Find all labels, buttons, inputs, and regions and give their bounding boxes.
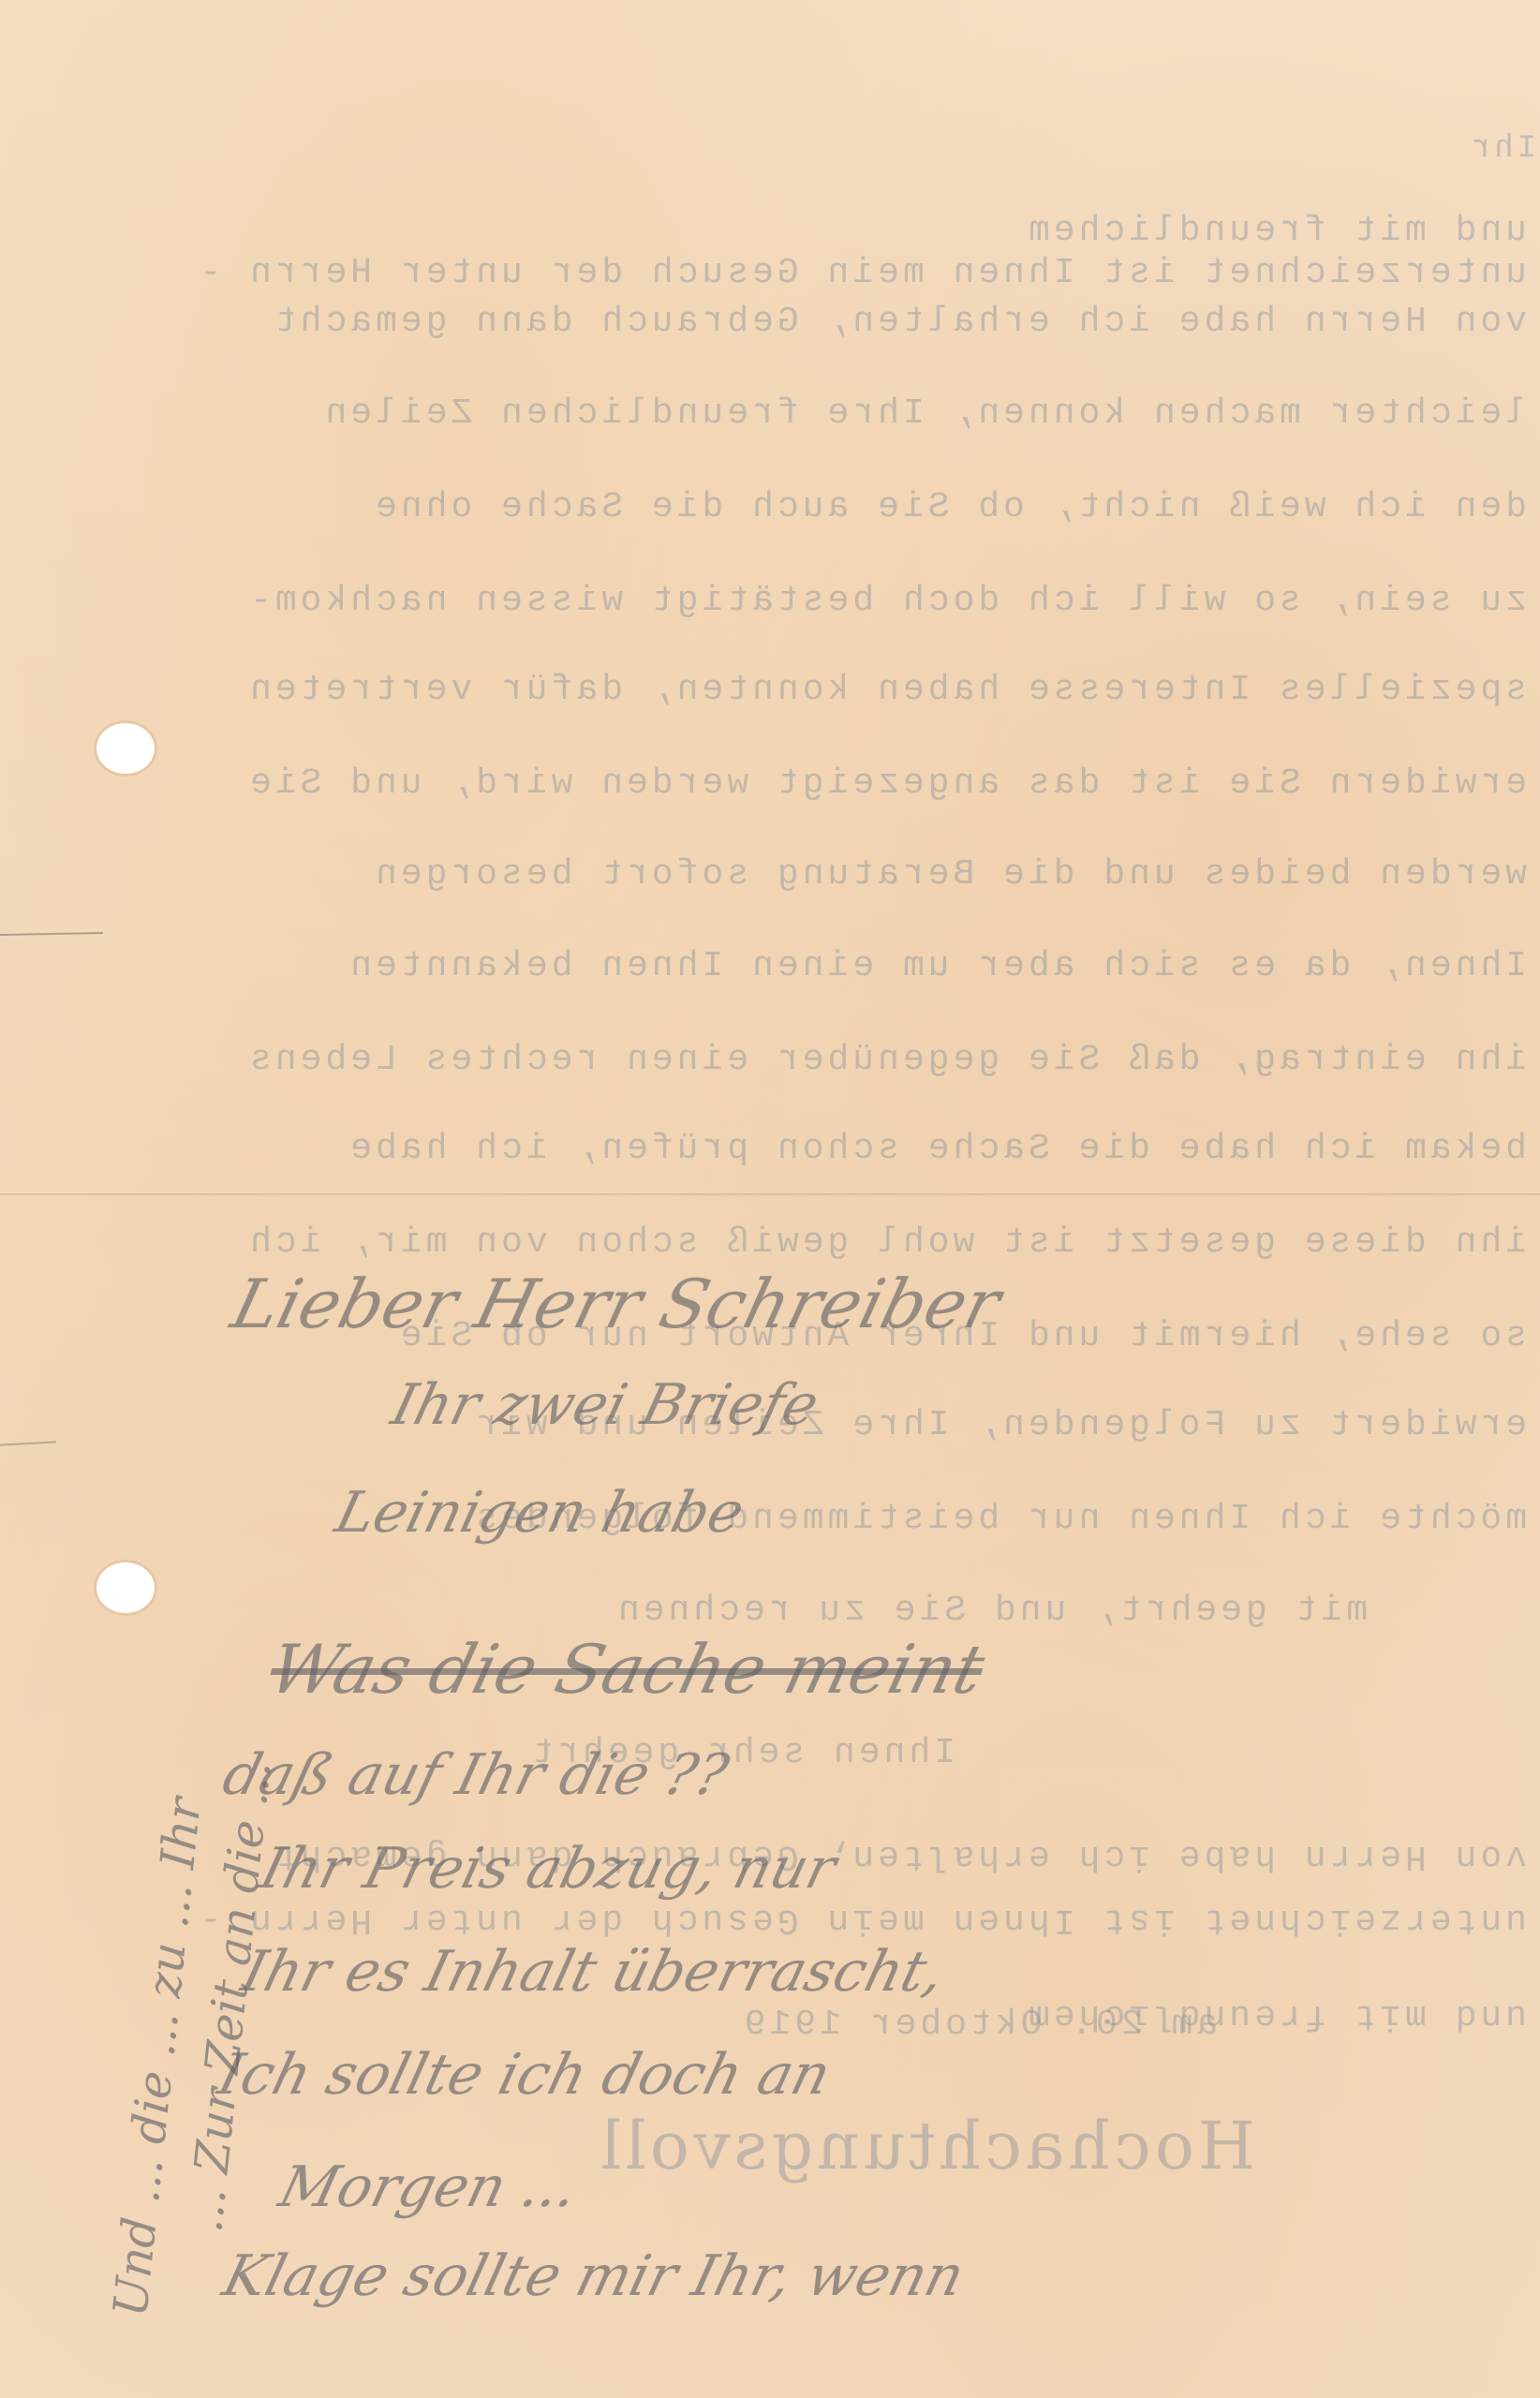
bleed-line: erwidern Sie ist das angezeigt werden wi… (103, 763, 1527, 804)
bleed-line: bekam ich habe die Sache schon prüfen, i… (103, 1129, 1527, 1169)
handwritten-line: Ihr zwei Briefe (385, 1372, 824, 1438)
bleed-line: spezielles Interesse haben konnten, dafü… (103, 670, 1527, 710)
bleed-line: von Herrn habe ich erhalten, Gebrauch da… (103, 302, 1527, 342)
bleed-line: möchte ich Ihnen nur beistimmend folgend… (103, 1499, 1527, 1539)
fold-line (0, 1193, 1540, 1195)
handwritten-line: daß auf Ihr die ?? (216, 1742, 734, 1808)
bleed-line: den ich weiß nicht, ob Sie auch die Sach… (103, 487, 1527, 527)
handwritten-line: Morgen ... (273, 2154, 585, 2220)
bleed-line: Ihnen, da es sich aber um einen Ihnen be… (103, 946, 1527, 986)
bleed-line: Ihr (112, 131, 1536, 167)
bleed-line: unterzeichnet ist Ihnen mein Gesuch der … (103, 1900, 1527, 1940)
handwritten-salutation: Lieber Herr Schreiber (225, 1265, 1009, 1343)
bleed-line: werden beides und die Beratung sofort be… (103, 854, 1527, 895)
handwritten-line: Was die Sache meint (262, 1630, 993, 1709)
bleed-line: ihn diese gesetzt ist wohl gewiß schon v… (103, 1222, 1527, 1263)
handwritten-line: Klage sollte mir Ihr, wenn (216, 2243, 970, 2309)
bleed-line: am 20. Oktober 1919 (562, 2005, 1218, 2045)
bleed-line: leichter machen konnen, Ihre freundliche… (103, 393, 1527, 434)
handwritten-line: Ihr Preis abzug, nur (254, 1836, 842, 1902)
handwritten-line: Ihr es Inhalt überrascht, (235, 1939, 951, 2005)
bleed-line: und mit freundlichem (103, 211, 1527, 251)
handwritten-line: Ich sollte ich doch an (212, 2042, 837, 2108)
bleed-line: mit geehrt, und Sie zu rechnen (525, 1591, 1368, 1631)
handwritten-line: Leinigen habe (329, 1480, 750, 1546)
punch-hole (96, 1562, 155, 1613)
bleed-line: ihn eintrag, daß Sie gegenüber einen rec… (103, 1040, 1527, 1080)
bleed-line: unterzeichnet ist Ihnen mein Gesuch der … (103, 253, 1527, 293)
bleed-line: zu sein, so will ich doch bestätigt wiss… (103, 581, 1527, 621)
